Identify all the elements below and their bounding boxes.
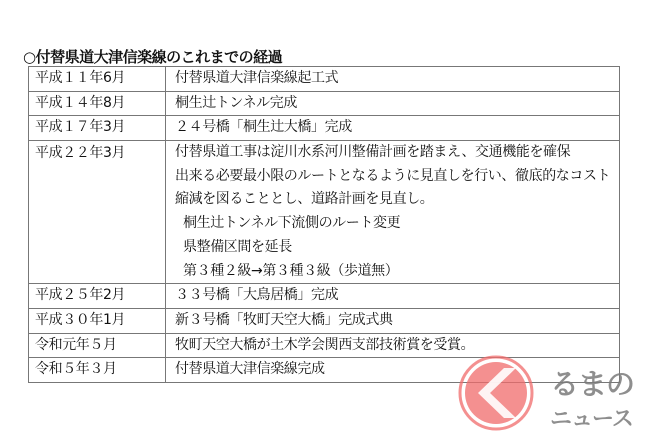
table-row: 平成１４年8月 桐生辻トンネル完成: [29, 91, 620, 116]
description-cell: 桐生辻トンネル完成: [166, 91, 620, 116]
description-cell: 付替県道工事は淀川水系河川整備計画を踏まえ、交通機能を確保 出来る必要最小限のル…: [166, 141, 620, 284]
date-cell: 令和元年５月: [29, 333, 166, 358]
description-cell: ２４号橋「桐生辻大橋」完成: [166, 116, 620, 141]
table-row: 平成１７年3月 ２４号橋「桐生辻大橋」完成: [29, 116, 620, 141]
table-row: 平成１１年6月 付替県道大津信楽線起工式: [29, 67, 620, 92]
description-subitem: 第３種２級→第３種３級（歩道無）: [175, 260, 613, 284]
description-text: 付替県道工事は淀川水系河川整備計画を踏まえ、交通機能を確保: [175, 141, 613, 165]
description-text: 桐生辻トンネル完成: [175, 92, 613, 116]
description-text: 付替県道大津信楽線起工式: [175, 67, 613, 91]
document-title: ○付替県道大津信楽線のこれまでの経過: [23, 46, 282, 67]
date-cell: 平成１７年3月: [29, 116, 166, 141]
description-cell: 付替県道大津信楽線起工式: [166, 67, 620, 92]
watermark-logo: るまの ニュース: [458, 352, 648, 433]
table-row: 平成３０年1月 新３号橋「牧町天空大橋」完成式典: [29, 308, 620, 333]
svg-text:ニュース: ニュース: [550, 407, 633, 432]
table-row: 平成２５年2月 ３３号橋「大鳥居橋」完成: [29, 284, 620, 309]
date-cell: 平成２５年2月: [29, 284, 166, 309]
description-text: ３３号橋「大鳥居橋」完成: [175, 284, 613, 308]
date-cell: 平成１４年8月: [29, 91, 166, 116]
table-row: 平成２２年3月 付替県道工事は淀川水系河川整備計画を踏まえ、交通機能を確保 出来…: [29, 141, 620, 284]
date-cell: 令和５年３月: [29, 358, 166, 383]
svg-text:るまの: るまの: [550, 367, 634, 401]
description-subitem: 桐生辻トンネル下流側のルート変更: [175, 212, 613, 236]
description-cell: 新３号橋「牧町天空大橋」完成式典: [166, 308, 620, 333]
description-text: 縮減を図ることとし、道路計画を見直し。: [175, 188, 613, 212]
kuruma-chevron-logo-icon: るまの ニュース: [458, 352, 648, 433]
description-cell: ３３号橋「大鳥居橋」完成: [166, 284, 620, 309]
description-subitem: 県整備区間を延長: [175, 236, 613, 260]
date-cell: 平成２２年3月: [29, 141, 166, 284]
date-cell: 平成３０年1月: [29, 308, 166, 333]
description-text: 新３号橋「牧町天空大橋」完成式典: [175, 309, 613, 333]
description-text: ２４号橋「桐生辻大橋」完成: [175, 116, 613, 140]
history-table: 平成１１年6月 付替県道大津信楽線起工式 平成１４年8月 桐生辻トンネル完成 平…: [28, 66, 620, 383]
date-cell: 平成１１年6月: [29, 67, 166, 92]
description-text: 出来る必要最小限のルートとなるように見直しを行い、徹底的なコスト: [175, 165, 613, 189]
